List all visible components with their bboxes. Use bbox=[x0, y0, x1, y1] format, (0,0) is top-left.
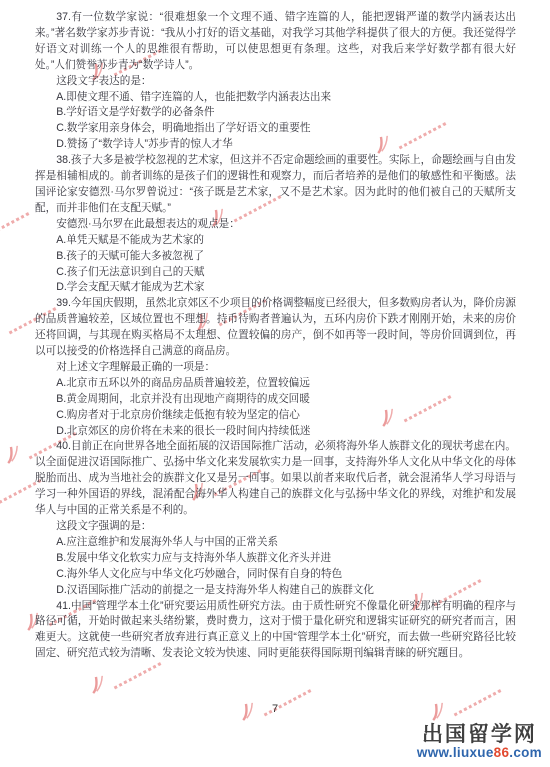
question-38-stem: 38.孩子大多是被学校忽视的艺术家，但这并不否定命题绘画的重要性。实际上，命题绘… bbox=[35, 153, 516, 217]
question-text: 中国“管理学本土化”研究要运用质性研究方法。由于质性研究不像量化研究那样有明确的… bbox=[35, 600, 516, 660]
question-38-option-a: A.单凭天赋是不能成为艺术家的 bbox=[35, 233, 516, 249]
question-text: 目前正在向世界各地全面拓展的汉语国际推广活动，必须将海外华人族群文化的现状考虑在… bbox=[35, 440, 516, 516]
question-40-stem: 40.目前正在向世界各地全面拓展的汉语国际推广活动，必须将海外华人族群文化的现状… bbox=[35, 439, 516, 519]
question-37-option-c: C.数学家用亲身体会，明确地指出了学好语文的重要性 bbox=[35, 121, 516, 137]
liuxue86-site-url[interactable]: www.liuxue86.com bbox=[417, 746, 542, 761]
question-number: 41. bbox=[56, 600, 71, 612]
question-41-stem: 41.中国“管理学本土化”研究要运用质性研究方法。由于质性研究不像量化研究那样有… bbox=[35, 599, 516, 663]
question-37-option-a: A.即使文理不通、错字连篇的人，也能把数学内涵表达出来 bbox=[35, 90, 516, 106]
question-39-option-c: C.购房者对于北京房价继续走低抱有较为坚定的信心 bbox=[35, 408, 516, 424]
question-39-stem: 39.今年国庆假期，虽然北京郊区不少项目的价格调整幅度已经很大，但多数购房者认为… bbox=[35, 296, 516, 360]
question-number: 40. bbox=[56, 440, 71, 452]
question-37-option-b: B.学好语文是学好数学的必备条件 bbox=[35, 105, 516, 121]
liuxue86-logo[interactable]: 出国留学网 www.liuxue86.com bbox=[417, 723, 542, 761]
question-text: 孩子大多是被学校忽视的艺术家，但这并不否定命题绘画的重要性。实际上，命题绘画与自… bbox=[35, 154, 516, 214]
page-number: 7 bbox=[0, 703, 550, 715]
liuxue86-site-name[interactable]: 出国留学网 bbox=[417, 723, 542, 746]
url-prefix: www.liuxue bbox=[417, 745, 494, 760]
question-38-option-b: B.孩子的天赋可能大多被忽视了 bbox=[35, 249, 516, 265]
question-39-prompt: 对上述文字理解最正确的一项是： bbox=[35, 360, 516, 376]
question-40-option-a: A.应注意维护和发展海外华人与中国的正常关系 bbox=[35, 535, 516, 551]
question-40-option-b: B.发展中华文化软实力应与支持海外华人族群文化齐头并进 bbox=[35, 551, 516, 567]
exam-page: 37.有一位数学家说：“很难想象一个文理不通、错字连篇的人，能把逻辑严谨的数学内… bbox=[0, 0, 550, 767]
offcn-swoosh-icon bbox=[86, 673, 109, 695]
question-text: 有一位数学家说：“很难想象一个文理不通、错字连篇的人，能把逻辑严谨的数学内涵表达… bbox=[35, 11, 516, 71]
url-suffix: .com bbox=[509, 745, 542, 760]
question-number: 37. bbox=[56, 11, 71, 23]
question-number: 39. bbox=[56, 297, 71, 309]
offcn-swoosh-icon bbox=[0, 318, 4, 340]
question-40-option-c: C.海外华人文化应与中华文化巧妙融合，同时保有自身的特色 bbox=[35, 567, 516, 583]
document-content: 37.有一位数学家说：“很难想象一个文理不通、错字连篇的人，能把逻辑严谨的数学内… bbox=[35, 10, 516, 662]
offcn-slogan-band bbox=[0, 211, 31, 239]
question-39-option-a: A.北京市五环以外的商品房品质普遍较差，位置较偏远 bbox=[35, 376, 516, 392]
offcn-slogan-band bbox=[114, 661, 163, 689]
question-40-prompt: 这段文字强调的是： bbox=[35, 519, 516, 535]
question-39-option-b: B.黄金周期间，北京并没有出现地产商期待的成交回暖 bbox=[35, 392, 516, 408]
question-37-option-d: D.赞扬了“数学诗人”苏步青的惊人才华 bbox=[35, 137, 516, 153]
question-text: 今年国庆假期，虽然北京郊区不少项目的价格调整幅度已经很大，但多数购房者认为，降价… bbox=[35, 297, 516, 357]
question-38-prompt: 安德烈·马尔罗在此最想表达的观点是： bbox=[35, 217, 516, 233]
url-number: 86 bbox=[494, 745, 510, 760]
question-39-option-d: D.北京郊区的房价将在未来的很长一段时间内持续低迷 bbox=[35, 424, 516, 440]
question-number: 38. bbox=[56, 154, 71, 166]
question-40-option-d: D.汉语国际推广活动的前提之一是支持海外华人构建自己的族群文化 bbox=[35, 583, 516, 599]
question-38-option-d: D.学会支配天赋才能成为艺术家 bbox=[35, 280, 516, 296]
question-38-option-c: C.孩子们无法意识到自己的天赋 bbox=[35, 265, 516, 281]
question-37-stem: 37.有一位数学家说：“很难想象一个文理不通、错字连篇的人，能把逻辑严谨的数学内… bbox=[35, 10, 516, 74]
question-37-prompt: 这段文字表达的是： bbox=[35, 74, 516, 90]
offcn-swoosh-icon bbox=[1, 443, 24, 465]
